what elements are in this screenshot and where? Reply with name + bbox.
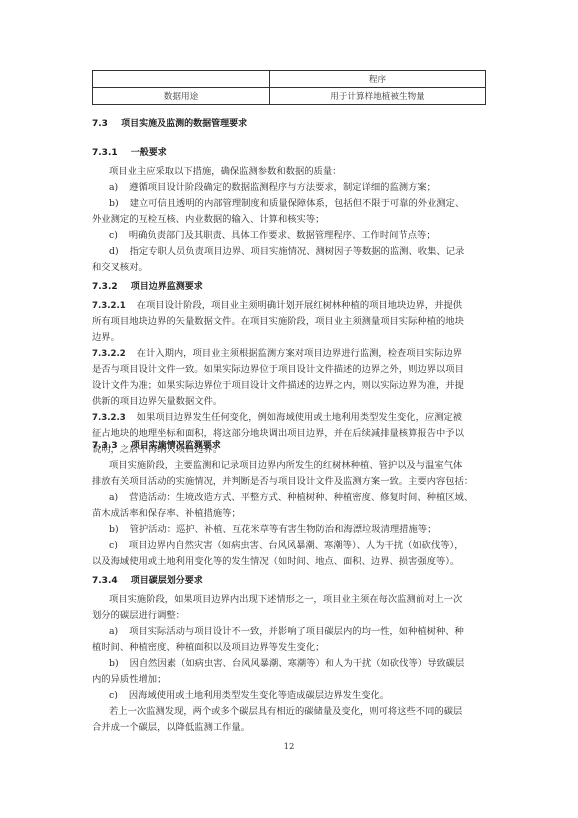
list-text-continued: 以及海域使用或土地利用变化等的发生情况（如时间、地点、面积、边界、损害强度等）。	[92, 556, 459, 568]
clause-text-continued: 征占地块的地理坐标和面积，将这部分地块调出项目边界，并在后续减排量核算报告中予以	[92, 428, 464, 440]
clause-text-continued: 是否与项目设计文件一致。如果实际边界位于项目设计文件描述的边界之外，则边界以项目	[92, 364, 464, 376]
table-row: 程序	[93, 71, 486, 88]
clause-number: 7.3.2.3	[92, 413, 126, 423]
list-item: b) 因自然因素（如病虫害、台风风暴潮、寒潮等）和人为干扰（如砍伐等）导致碳层	[109, 658, 464, 670]
clause-number: 7.3.2.2	[92, 349, 126, 359]
section-title: 项目实施及监测的数据管理要求	[121, 119, 247, 129]
list-marker: c)	[109, 540, 118, 551]
list-marker: a)	[109, 182, 118, 193]
data-parameter-table: 程序 数据用途 用于计算样地植被生物量	[92, 70, 486, 105]
table-cell-value: 程序	[270, 71, 486, 88]
clause-text: 在项目设计阶段，项目业主须明确计划开展红树林种植的项目地块边界，并提供	[137, 300, 462, 311]
document-page: 程序 数据用途 用于计算样地植被生物量 7.3 项目实施及监测的数据管理要求 7…	[0, 0, 578, 818]
list-text: 因自然因素（如病虫害、台风风暴潮、寒潮等）和人为干扰（如砍伐等）导致碳层	[130, 658, 465, 669]
list-item: b) 建立可信且透明的内部管理制度和质量保障体系，包括但不限于可靠的外业测定、	[109, 198, 464, 210]
list-item: a) 项目实际活动与项目设计不一致，并影响了项目碳层内的均一性，如种植树种、种	[109, 626, 464, 638]
list-text: 项目实际活动与项目设计不一致，并影响了项目碳层内的均一性，如种植树种、种	[129, 626, 464, 637]
list-marker: b)	[109, 198, 119, 209]
section-number: 7.3	[92, 119, 108, 129]
section-heading-7-3-3: 7.3.3 项目实施情况监测要求	[92, 440, 221, 452]
list-text-continued: 内的异质性增加；	[92, 674, 166, 686]
section-title: 项目实施情况监测要求	[131, 441, 221, 451]
list-marker: c)	[109, 690, 118, 701]
table-cell-value: 用于计算样地植被生物量	[270, 88, 486, 105]
list-text-continued: 植时间、种植密度、种植面积以及项目边界等发生变化；	[92, 642, 324, 654]
section-number: 7.3.3	[92, 441, 118, 451]
paragraph-line: 若上一次监测发现，两个或多个碳层具有相近的碳储量及变化，则可将这些不同的碳层	[109, 706, 462, 718]
paragraph-line: 排放有关项目活动的实施情况，并判断是否与项目设计文件及监测方案一致。主要内容包括…	[92, 476, 473, 488]
section-heading-7-3-2: 7.3.2 项目边界监测要求	[92, 281, 203, 293]
list-text-continued: 外业测定的互检互核、内业数据的输入、计算和核实等；	[92, 214, 324, 226]
list-marker: c)	[109, 230, 118, 241]
list-text: 项目边界内自然灾害（如病虫害、台风风暴潮、寒潮等）、人为干扰（如砍伐等），	[129, 540, 464, 551]
list-text: 营造活动：生境改造方式、平整方式、种植树种、种植密度、修复时间、种植区域、	[129, 492, 473, 503]
section-number: 7.3.4	[92, 576, 118, 586]
clause-text-continued: 供新的项目边界矢量数据文件。	[92, 396, 222, 408]
list-text: 建立可信且透明的内部管理制度和质量保障体系，包括但不限于可靠的外业测定、	[130, 198, 465, 209]
list-marker: d)	[109, 246, 119, 257]
section-title: 一般要求	[131, 148, 167, 158]
table-row: 数据用途 用于计算样地植被生物量	[93, 88, 486, 105]
clause-7-3-2-2: 7.3.2.2 在计入期内，项目业主须根据监测方案对项目边界进行监测，检查项目实…	[92, 348, 462, 360]
list-item: a) 遵循项目设计阶段确定的数据监测程序与方法要求，制定详细的监测方案；	[109, 182, 436, 194]
page-number: 12	[0, 742, 578, 752]
list-marker: a)	[109, 626, 118, 637]
clause-7-3-2-1: 7.3.2.1 在项目设计阶段，项目业主须明确计划开展红树林种植的项目地块边界，…	[92, 300, 462, 312]
paragraph-line: 划分的碳层进行调整：	[92, 610, 185, 622]
section-heading-7-3-1: 7.3.1 一般要求	[92, 147, 167, 159]
section-heading-7-3: 7.3 项目实施及监测的数据管理要求	[92, 118, 247, 130]
clause-text-continued: 设计文件为准；如果实际边界位于项目设计文件描述的边界之内，则以实际边界为准，并提	[92, 380, 464, 392]
list-text: 明确负责部门及其职责、具体工作要求、数据管理程序、工作时间节点等；	[129, 230, 436, 241]
section-number: 7.3.1	[92, 148, 118, 158]
table-cell-label	[93, 71, 270, 88]
clause-text: 如果项目边界发生任何变化，例如海域使用或土地利用类型发生变化，应测定被	[137, 412, 462, 423]
clause-number: 7.3.2.1	[92, 301, 126, 311]
list-marker: b)	[109, 658, 119, 669]
section-title: 项目碳层划分要求	[131, 576, 203, 586]
clause-7-3-2-3: 7.3.2.3 如果项目边界发生任何变化，例如海域使用或土地利用类型发生变化，应…	[92, 412, 462, 424]
list-marker: b)	[109, 524, 119, 535]
list-item: c) 明确负责部门及其职责、具体工作要求、数据管理程序、工作时间节点等；	[109, 230, 436, 242]
list-item: c) 项目边界内自然灾害（如病虫害、台风风暴潮、寒潮等）、人为干扰（如砍伐等），	[109, 540, 464, 552]
list-text: 遵循项目设计阶段确定的数据监测程序与方法要求，制定详细的监测方案；	[129, 182, 436, 193]
list-text-continued: 苗木成活率和保存率、补植措施等；	[92, 508, 241, 520]
paragraph-line: 项目实施阶段，如果项目边界内出现下述情形之一，项目业主须在每次监测前对上一次	[109, 594, 462, 606]
section-number: 7.3.2	[92, 282, 118, 292]
paragraph-line: 项目实施阶段，主要监测和记录项目边界内所发生的红树林种植、管护以及与温室气体	[109, 460, 462, 472]
clause-text-continued: 所有项目地块边界的矢量数据文件。在项目实施阶段，项目业主须测量项目实际种植的地块	[92, 316, 464, 328]
table-cell-label: 数据用途	[93, 88, 270, 105]
paragraph-line: 合并成一个碳层，以降低监测工作量。	[92, 722, 250, 734]
clause-text: 在计入期内，项目业主须根据监测方案对项目边界进行监测，检查项目实际边界	[137, 348, 462, 359]
list-item: d) 指定专职人员负责项目边界、项目实施情况、测树因子等数据的监测、收集、记录	[109, 246, 464, 258]
list-item: b) 管护活动：巡护、补植、互花米草等有害生物防治和海漂垃圾清理措施等；	[109, 524, 436, 536]
list-item: c) 因海域使用或土地利用类型发生变化等造成碳层边界发生变化。	[109, 690, 389, 702]
list-text: 因海域使用或土地利用类型发生变化等造成碳层边界发生变化。	[129, 690, 389, 701]
section-title: 项目边界监测要求	[131, 282, 203, 292]
clause-text-continued: 边界。	[92, 332, 120, 344]
paragraph-line: 项目业主应采取以下措施，确保监测参数和数据的质量：	[109, 166, 341, 178]
list-text: 管护活动：巡护、补植、互花米草等有害生物防治和海漂垃圾清理措施等；	[130, 524, 437, 535]
list-text: 指定专职人员负责项目边界、项目实施情况、测树因子等数据的监测、收集、记录	[130, 246, 465, 257]
section-heading-7-3-4: 7.3.4 项目碳层划分要求	[92, 575, 203, 587]
list-marker: a)	[109, 492, 118, 503]
list-text-continued: 和交叉核对。	[92, 262, 148, 274]
list-item: a) 营造活动：生境改造方式、平整方式、种植树种、种植密度、修复时间、种植区域、	[109, 492, 473, 504]
